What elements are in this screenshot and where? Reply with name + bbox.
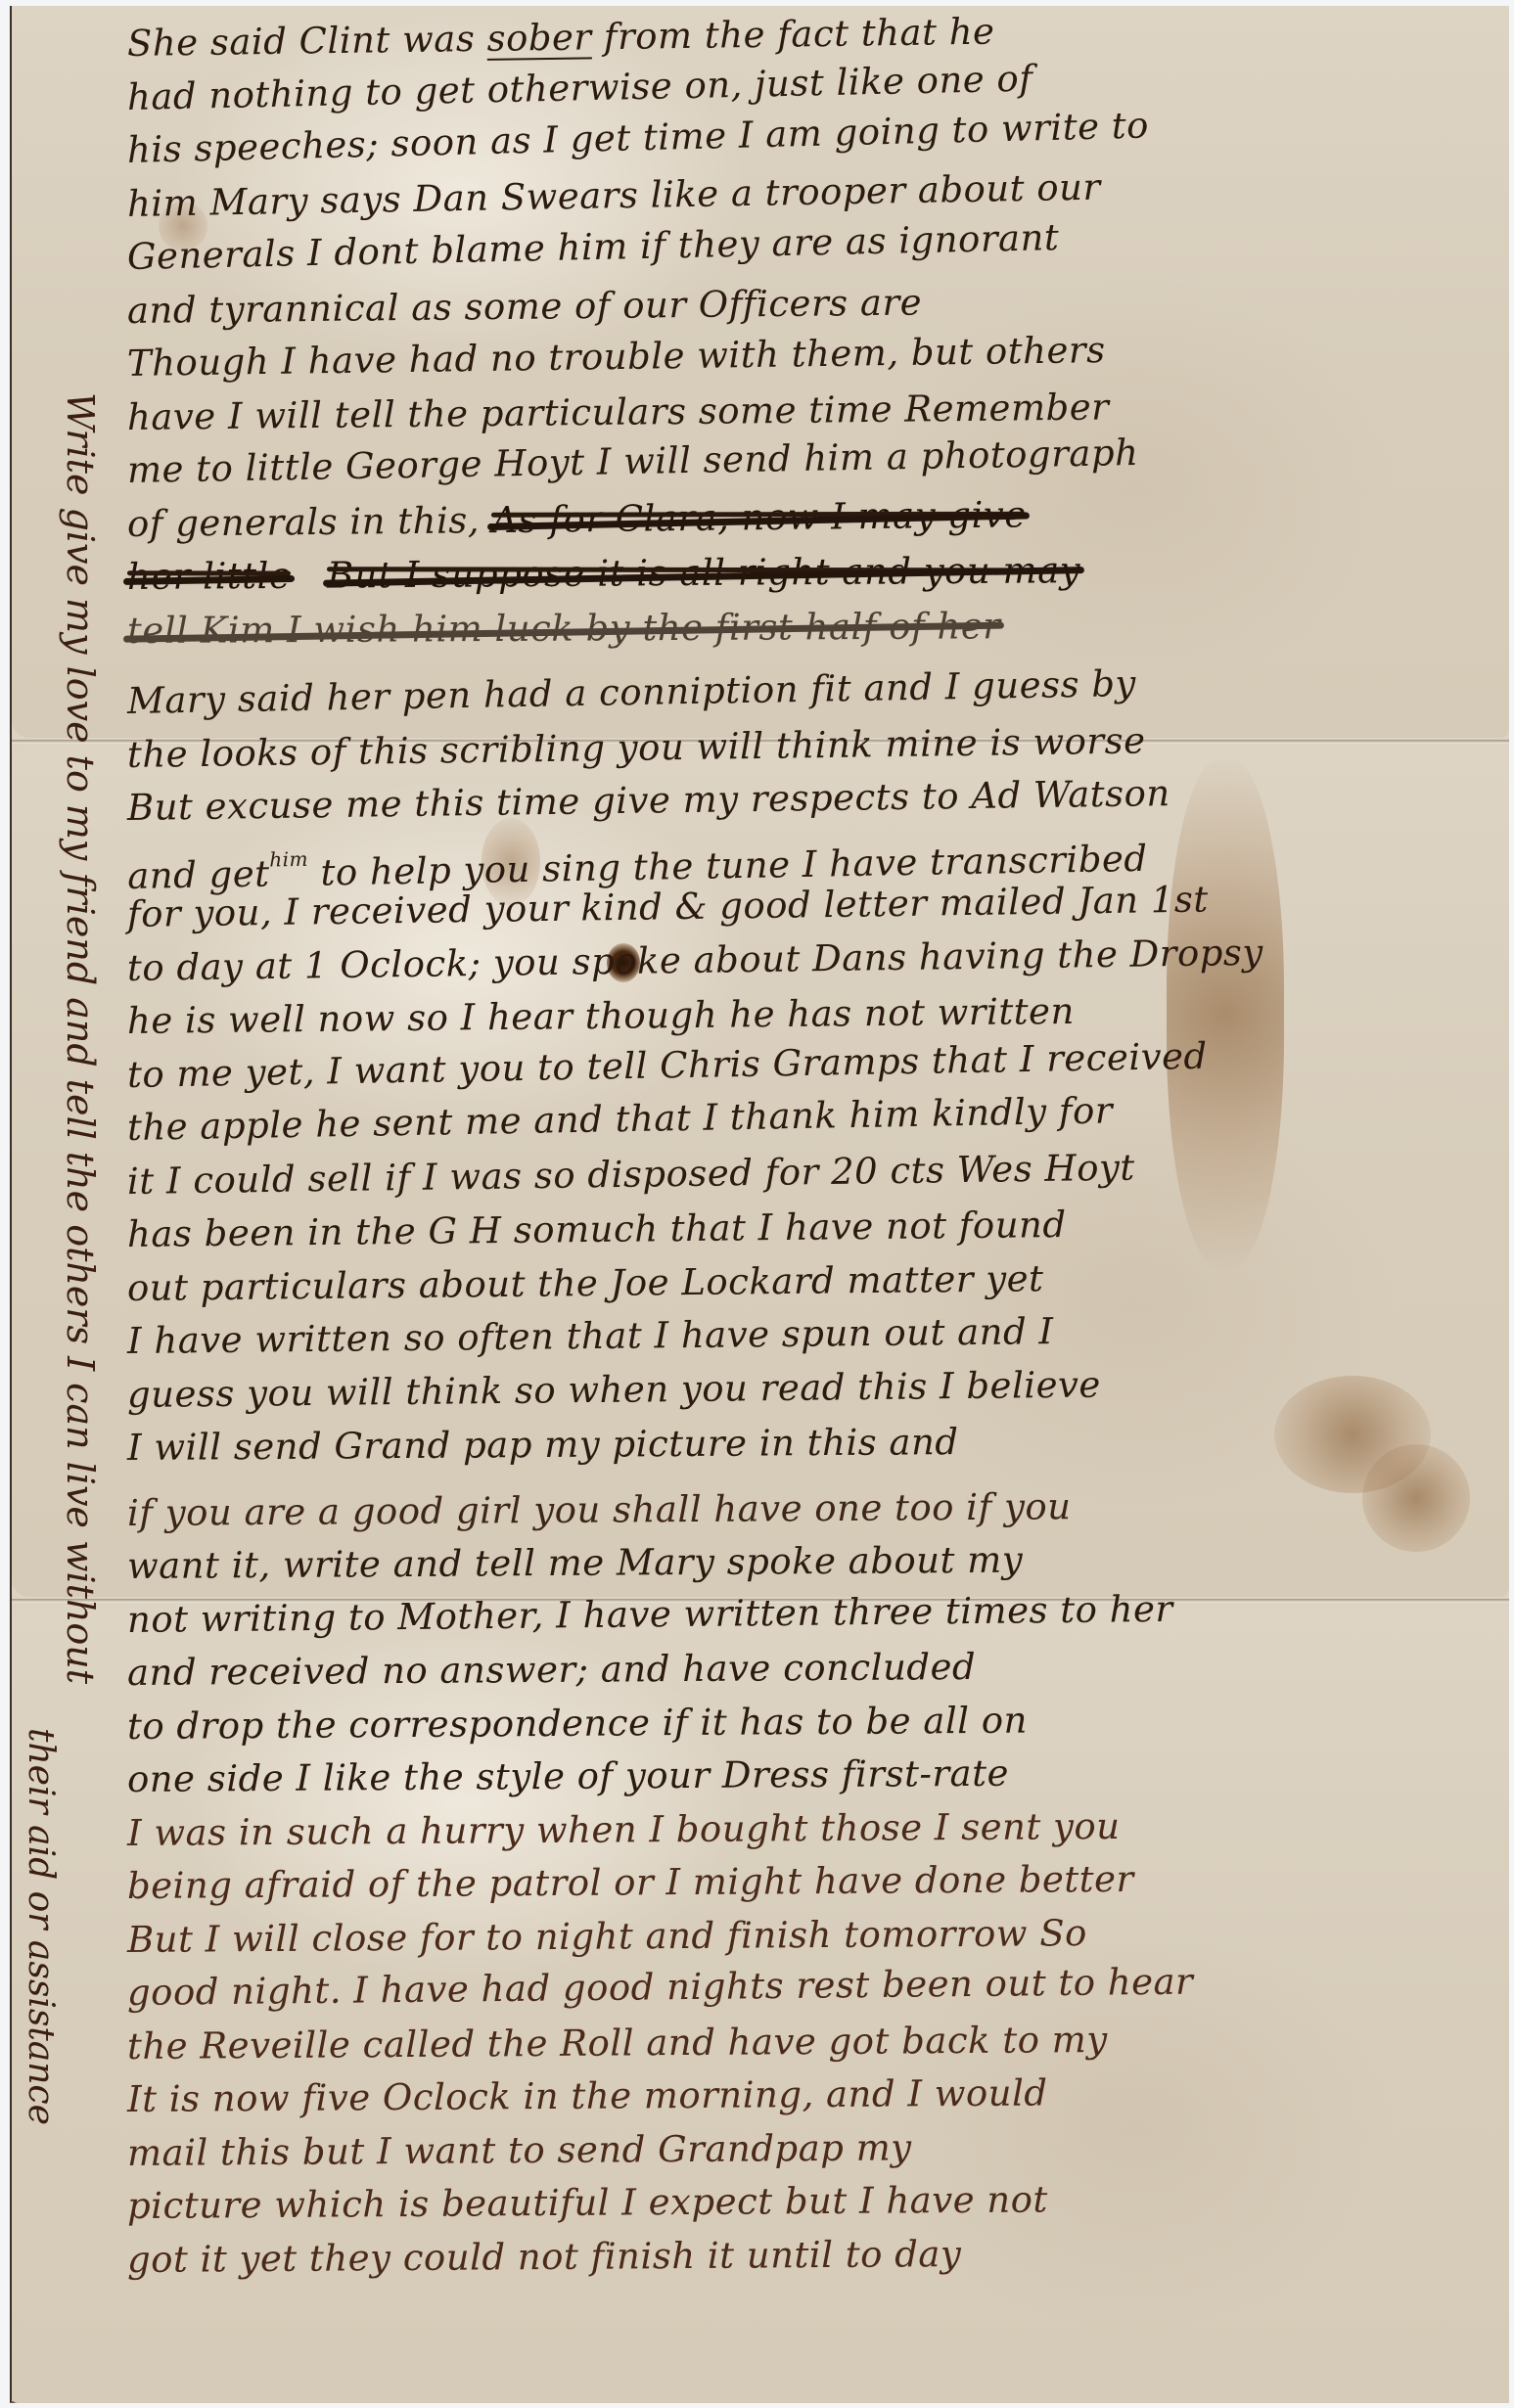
- letter-line: It is now five Oclock in the morning, an…: [127, 2064, 1497, 2126]
- letter-body: She said Clint was sober from the fact t…: [127, 18, 1497, 2287]
- underlined-word: sober: [486, 16, 592, 59]
- letter-line: and received no answer; and have conclud…: [127, 1637, 1497, 1700]
- letter-text: of generals in this,: [127, 499, 481, 545]
- inserted-word: him: [269, 846, 308, 871]
- letter-line: the Reveille called the Roll and have go…: [127, 2011, 1497, 2073]
- letter-line: being afraid of the patrol or I might ha…: [127, 1850, 1497, 1913]
- letter-line: to drop the correspondence if it has to …: [127, 1691, 1497, 1753]
- letter-line: if you are a good girl you shall have on…: [127, 1477, 1497, 1540]
- struck-out-text: her little: [127, 555, 292, 598]
- struck-out-text: As for Clara, now I may give: [491, 493, 1027, 541]
- letter-line-struck: her little But I suppose it is all right…: [127, 541, 1497, 604]
- letter-line: one side I like the style of your Dress …: [127, 1744, 1497, 1806]
- letter-line-struck: tell Kim I wish him luck by the first ha…: [127, 597, 1497, 658]
- struck-out-text: But I suppose it is all right and you ma…: [327, 549, 1080, 596]
- margin-note-vertical: Write give my love to my friend and tell…: [59, 392, 102, 1684]
- letter-line: I will send Grand pap my picture in this…: [127, 1412, 1497, 1475]
- letter-line: picture which is beautiful I expect but …: [127, 2170, 1497, 2233]
- letter-line: got it yet they could not finish it unti…: [127, 2224, 1497, 2287]
- letter-page: Write give my love to my friend and tell…: [10, 6, 1509, 2403]
- struck-out-text: tell Kim I wish him luck by the first ha…: [127, 605, 1001, 652]
- letter-line: I was in such a hurry when I bought thos…: [127, 1797, 1497, 1860]
- letter-line: mail this but I want to send Grandpap my: [127, 2117, 1497, 2180]
- margin-note-vertical-continued: their aid or assistance: [21, 1728, 61, 2125]
